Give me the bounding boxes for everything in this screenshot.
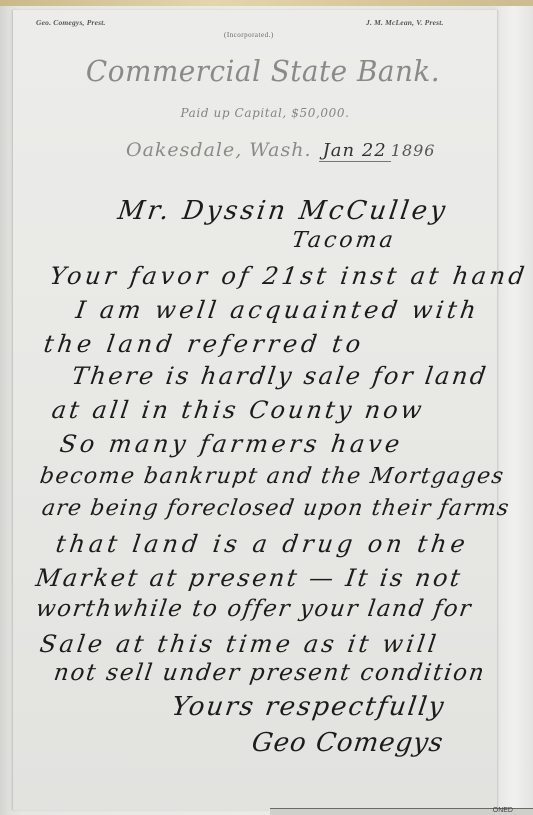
letter-line: become bankrupt and the Mortgages: [38, 464, 506, 489]
dateline-year: 1896: [391, 141, 436, 160]
folder-edge: [0, 0, 533, 6]
underlying-document-label: ONED: [493, 807, 513, 814]
letter-line: worthwhile to offer your land for: [34, 596, 474, 622]
letter-line: not sell under present condition: [52, 660, 487, 686]
letter-line: the land referred to: [42, 330, 366, 358]
sleeve-left: [0, 6, 12, 815]
letter-line: There is hardly sale for land: [70, 362, 490, 390]
salutation: Mr. Dyssin McCulley: [116, 196, 450, 226]
underlying-document-edge: ONED: [270, 808, 533, 815]
letterhead-bank-name: Commercial State Bank.: [66, 54, 460, 88]
letter-line: Market at present — It is not: [34, 564, 464, 592]
letter-line: are being foreclosed upon their farms: [40, 496, 511, 521]
dateline: Oakesdale, Wash. Jan 221896: [126, 139, 435, 161]
letter-line: Sale at this time as it will: [38, 630, 441, 658]
letter-line: I am well acquainted with: [74, 296, 481, 324]
letterhead-capital: Paid up Capital, $50,000.: [150, 106, 380, 120]
letterhead-incorporated: (Incorporated.): [224, 31, 274, 39]
letterhead-vice-president: J. M. McLean, V. Prest.: [366, 18, 444, 27]
dateline-date: Jan 22: [319, 140, 391, 162]
signature: Geo Comegys: [250, 728, 446, 758]
letter-line: So many farmers have: [58, 430, 405, 458]
letterhead-president: Geo. Comegys, Prest.: [36, 18, 106, 27]
letter-line: Your favor of 21st inst at hand: [48, 262, 529, 290]
sleeve-right: [495, 6, 533, 815]
recipient-city: Tacoma: [290, 228, 397, 253]
letter-line: that land is a drug on the: [54, 530, 471, 558]
closing: Yours respectfully: [170, 692, 447, 722]
dateline-place: Oakesdale, Wash.: [126, 139, 312, 161]
letter-line: at all in this County now: [50, 396, 426, 424]
